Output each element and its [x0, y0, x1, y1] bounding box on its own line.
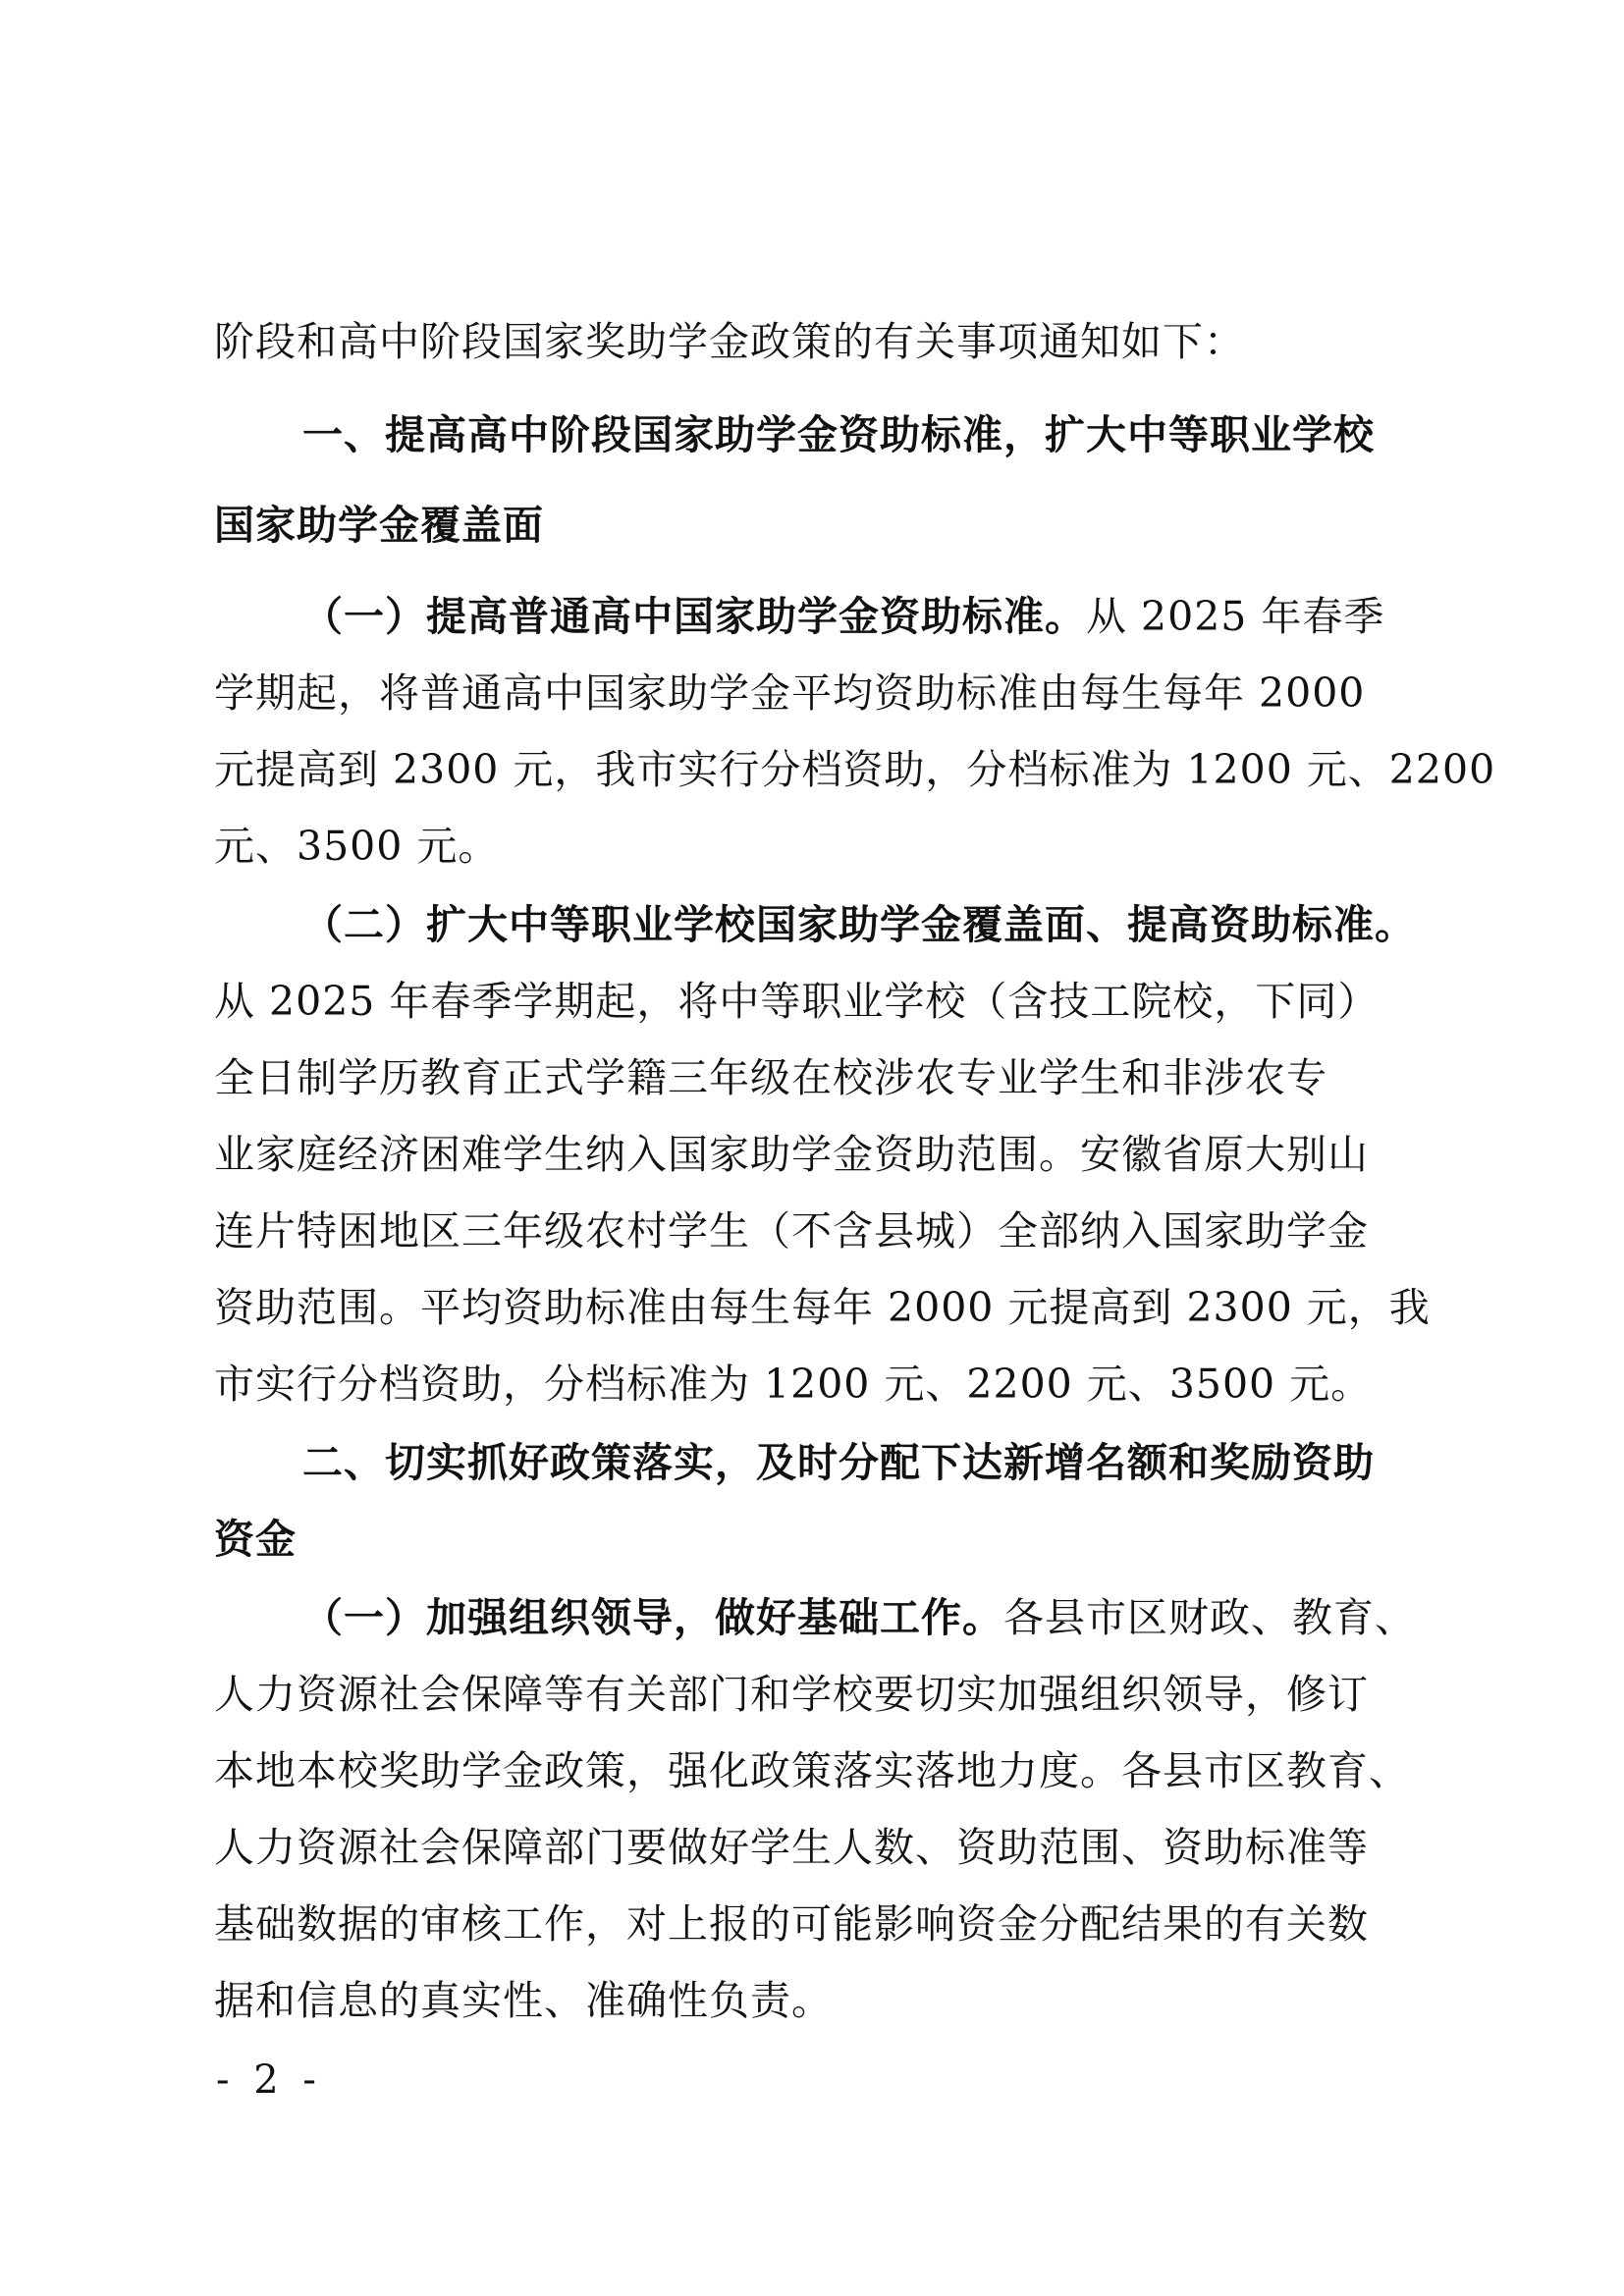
- document-page: 阶段和高中阶段国家奖助学金政策的有关事项通知如下： 一、提高高中阶段国家助学金资…: [0, 0, 1624, 2296]
- text: 元提高到 2300 元，我市实行分档资助，分档标准为 1200 元、2200: [214, 746, 1495, 793]
- text: 元、3500 元。: [214, 823, 499, 870]
- text: 基础数据的审核工作，对上报的可能影响资金分配结果的有关数: [214, 1900, 1369, 1948]
- body-text-line: 从 2025 年春季学期起，将中等职业学校（含技工院校，下同）: [214, 972, 1432, 1031]
- text: 阶段和高中阶段国家奖助学金政策的有关事项通知如下：: [214, 318, 1245, 365]
- text: 业家庭经济困难学生纳入国家助学金资助范围。安徽省原大别山: [214, 1131, 1369, 1178]
- body-text-line: 人力资源社会保障等有关部门和学校要切实加强组织领导，修订: [214, 1665, 1432, 1724]
- body-text-line: 资助范围。平均资助标准由每生每年 2000 元提高到 2300 元，我: [214, 1278, 1432, 1337]
- heading-text: 一、提高高中阶段国家助学金资助标准，扩大中等职业学校: [302, 411, 1375, 458]
- body-text-line: 人力资源社会保障部门要做好学生人数、资助范围、资助标准等: [214, 1818, 1432, 1877]
- text: 据和信息的真实性、准确性负责。: [214, 1977, 833, 2024]
- body-text-line: 元提高到 2300 元，我市实行分档资助，分档标准为 1200 元、2200: [214, 740, 1432, 799]
- subsection-title: （一）加强组织领导，做好基础工作。: [302, 1594, 1003, 1641]
- subsection-title: （二）扩大中等职业学校国家助学金覆盖面、提高资助标准。: [302, 901, 1416, 948]
- body-text-line: 学期起，将普通高中国家助学金平均资助标准由每生每年 2000: [214, 664, 1432, 722]
- text: 人力资源社会保障等有关部门和学校要切实加强组织领导，修订: [214, 1671, 1369, 1718]
- text: 各县市区财政、教育、: [1003, 1594, 1416, 1641]
- heading-text: 国家助学金覆盖面: [214, 502, 544, 549]
- body-text-line: 市实行分档资助，分档标准为 1200 元、2200 元、3500 元。: [214, 1355, 1432, 1414]
- text: 人力资源社会保障部门要做好学生人数、资助范围、资助标准等: [214, 1824, 1369, 1871]
- body-text-line: 据和信息的真实性、准确性负责。: [214, 1971, 1432, 2030]
- heading-text: 资金: [214, 1516, 297, 1563]
- section-heading-2-cont: 资金: [214, 1510, 1432, 1569]
- text: 连片特困地区三年级农村学生（不含县城）全部纳入国家助学金: [214, 1207, 1369, 1255]
- text: 市实行分档资助，分档标准为 1200 元、2200 元、3500 元。: [214, 1361, 1372, 1408]
- body-text-line: 阶段和高中阶段国家奖助学金政策的有关事项通知如下：: [214, 312, 1432, 371]
- body-text-line: 本地本校奖助学金政策，强化政策落实落地力度。各县市区教育、: [214, 1741, 1432, 1800]
- text: 本地本校奖助学金政策，强化政策落实落地力度。各县市区教育、: [214, 1747, 1410, 1794]
- text: 学期起，将普通高中国家助学金平均资助标准由每生每年 2000: [214, 669, 1365, 717]
- text: 从 2025 年春季: [1086, 593, 1384, 640]
- subsection-2-1: （一）加强组织领导，做好基础工作。各县市区财政、教育、: [302, 1588, 1520, 1647]
- subsection-1-2: （二）扩大中等职业学校国家助学金覆盖面、提高资助标准。: [302, 895, 1520, 954]
- body-text-line: 元、3500 元。: [214, 817, 1432, 876]
- subsection-1-1: （一）提高普通高中国家助学金资助标准。从 2025 年春季: [302, 587, 1520, 646]
- body-text-line: 全日制学历教育正式学籍三年级在校涉农专业学生和非涉农专: [214, 1048, 1432, 1107]
- text: 从 2025 年春季学期起，将中等职业学校（含技工院校，下同）: [214, 978, 1379, 1025]
- body-text-line: 基础数据的审核工作，对上报的可能影响资金分配结果的有关数: [214, 1895, 1432, 1953]
- section-heading-2: 二、切实抓好政策落实，及时分配下达新增名额和奖励资助: [302, 1433, 1520, 1492]
- text: 资助范围。平均资助标准由每生每年 2000 元提高到 2300 元，我: [214, 1284, 1431, 1331]
- heading-text: 二、切实抓好政策落实，及时分配下达新增名额和奖励资助: [302, 1439, 1375, 1486]
- subsection-title: （一）提高普通高中国家助学金资助标准。: [302, 593, 1086, 640]
- body-text-line: 连片特困地区三年级农村学生（不含县城）全部纳入国家助学金: [214, 1201, 1432, 1260]
- page-number: - 2 -: [216, 2057, 322, 2103]
- section-heading-1: 一、提高高中阶段国家助学金资助标准，扩大中等职业学校: [302, 405, 1520, 464]
- section-heading-1-cont: 国家助学金覆盖面: [214, 496, 1432, 555]
- body-text-line: 业家庭经济困难学生纳入国家助学金资助范围。安徽省原大别山: [214, 1125, 1432, 1184]
- text: 全日制学历教育正式学籍三年级在校涉农专业学生和非涉农专: [214, 1054, 1327, 1101]
